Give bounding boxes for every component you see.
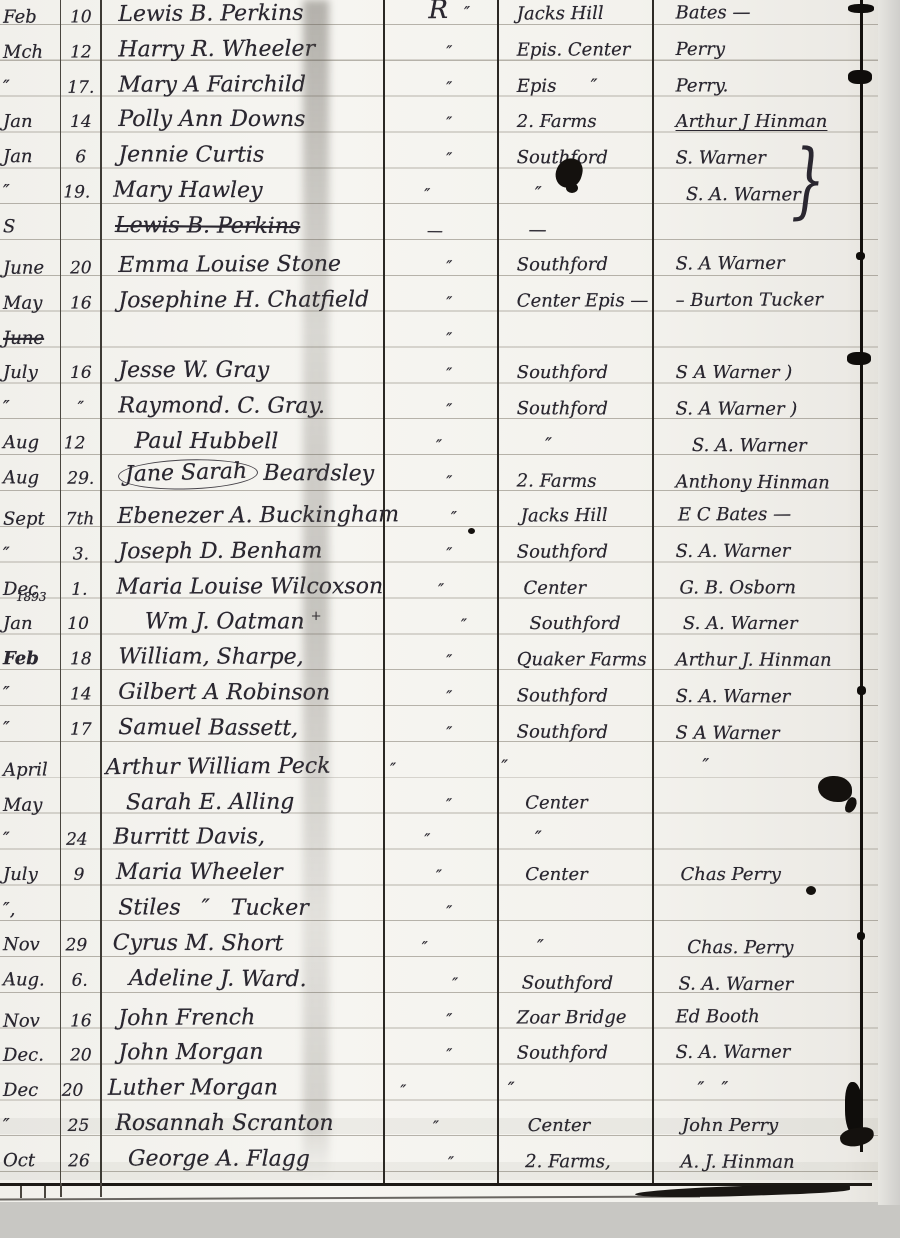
register-mark-text: ″ <box>446 687 452 706</box>
cell-place: ″ <box>490 422 684 459</box>
day-text: 20 <box>62 1081 84 1101</box>
cell-register-mark: ″ <box>394 888 505 924</box>
place-text: ″ <box>545 434 552 455</box>
cell-name: Burritt Davis, <box>95 817 374 853</box>
place-text: ″ <box>535 183 542 204</box>
officiant-text: S. Warner <box>676 148 766 169</box>
cell-register-mark: ″ <box>394 350 505 386</box>
cell-register-mark: ″ <box>385 852 493 888</box>
cell-register-mark: ″ <box>394 458 505 495</box>
cell-day: 9 <box>60 852 98 888</box>
cell-officiant: E C Bates — <box>670 491 880 528</box>
cell-name: Raymond. C. Gray. <box>100 386 394 422</box>
month-text: Nov <box>3 1010 40 1031</box>
place-text: Epis. Center <box>517 39 631 60</box>
cell-name: Maria Wheeler <box>98 852 385 888</box>
register-letter: R <box>428 0 448 25</box>
cell-day <box>54 747 88 783</box>
cell-place: Center Epis — <box>505 278 668 315</box>
name-text: Maria Louise Wilcoxson <box>116 573 383 599</box>
place-text: Center Epis — <box>517 290 649 312</box>
month-text: April <box>3 759 48 780</box>
table-row: May 16 Josephine H. Chatfield ″ Center E… <box>0 277 880 317</box>
officiant-text: Ed Booth <box>676 1005 760 1027</box>
cell-month: Mch <box>0 29 61 65</box>
cell-place: Southford <box>505 350 668 386</box>
cell-place: Southford <box>505 709 668 746</box>
officiant-text: E C Bates — <box>678 503 791 525</box>
cell-day <box>61 315 100 351</box>
day-text: ″ <box>78 398 84 418</box>
day-text: 10 <box>67 614 89 634</box>
cell-month: Nov <box>0 922 58 958</box>
cell-place: Southford <box>505 673 668 710</box>
name-text: Polly Ann Downs <box>118 107 305 132</box>
cell-register-mark: ″ <box>345 745 442 781</box>
cell-month: May <box>0 280 61 316</box>
cell-officiant: S. A Warner <box>667 240 880 277</box>
month-text: ″ <box>3 543 10 564</box>
cell-name: Stiles ″ Tucker <box>100 887 394 923</box>
officiant-text: Perry. <box>676 75 729 96</box>
staple-mark <box>857 686 866 695</box>
name-text: Lewis B. Perkins <box>115 213 300 239</box>
cell-day: 18 <box>61 636 100 672</box>
cell-month: 1893Jan <box>0 601 59 637</box>
ink-blot <box>566 183 578 193</box>
scan-shadow-band <box>0 1118 880 1134</box>
name-text: Jane SarahBeardsley <box>118 459 374 491</box>
cell-name: Paul Hubbell <box>92 421 388 458</box>
place-text: Southford <box>517 721 608 743</box>
register-mark-text: ″ <box>446 651 452 670</box>
cell-officiant: Arthur J. Hinman <box>668 638 880 674</box>
cell-name: Ebenezer A. Buckingham <box>99 494 399 532</box>
cell-place: 2. Farms <box>505 458 668 495</box>
day-text: 14 <box>70 684 92 704</box>
register-mark-text: ″ <box>424 830 430 849</box>
cell-month: S <box>0 204 60 240</box>
name-text: Sarah E. Alling <box>126 789 294 815</box>
officiant-text: Arthur J Hinman <box>676 111 828 132</box>
table-row: Dec 1. Maria Louise Wilcoxson ″ Center G… <box>0 565 880 603</box>
cell-name: Adeline J. Ward. <box>99 958 401 996</box>
cell-month: Feb <box>0 0 62 31</box>
table-row: ″ 24 Burritt Davis, ″ ″ <box>0 815 880 853</box>
day-text: 6 <box>75 147 86 167</box>
cell-register-mark: ″ <box>394 314 505 350</box>
cell-day: 6. <box>60 957 99 993</box>
scan-smudge-streak <box>303 0 329 1180</box>
month-text: Dec. <box>3 1045 44 1066</box>
cell-officiant: ″ <box>632 742 880 779</box>
cell-month: Jan <box>0 100 61 136</box>
officiant-text: S. A. Warner <box>692 435 807 456</box>
register-mark-text: ″ <box>436 436 442 455</box>
register-mark-text: ″ <box>446 364 452 383</box>
cell-register-mark: ″ <box>394 529 505 565</box>
table-row: ″ ″ Raymond. C. Gray. ″ Southford S. A W… <box>0 385 880 423</box>
cell-register-mark: ″ <box>394 100 505 136</box>
table-row: ″ 17 Samuel Bassett, ″ Southford S A War… <box>0 706 880 747</box>
place-text: Epis ″ <box>517 75 598 96</box>
cell-day: 10 <box>59 601 97 637</box>
staple-mark <box>848 70 872 84</box>
officiant-text: S. A. Warner <box>676 1042 791 1063</box>
cell-day: 12 <box>61 29 100 65</box>
cell-register-mark: R″ <box>394 0 505 28</box>
cell-place: ″ <box>441 744 632 781</box>
table-row: Sept 7th Ebenezer A. Buckingham ″ Jacks … <box>0 491 880 532</box>
cell-place: 2. Farms <box>505 100 668 136</box>
cell-month: ″ <box>0 64 61 100</box>
place-text: Southford <box>517 398 608 419</box>
officiant-text: S A Warner <box>676 722 780 744</box>
cell-name: Maria Louise Wilcoxson <box>98 566 386 602</box>
cell-month: June <box>0 315 61 351</box>
cell-officiant: S. A. Warner <box>678 172 880 209</box>
place-text: Southford <box>517 541 608 562</box>
officiant-text: G. B. Osborn <box>679 577 795 598</box>
officiant-text: S. A Warner <box>676 253 785 275</box>
cell-month: July <box>0 350 61 386</box>
register-mark-text: ″ <box>446 794 452 813</box>
cell-officiant: Ed Booth <box>667 993 880 1030</box>
name-text: Cyrus M. Short <box>113 930 284 956</box>
name-text: Joseph D. Benham <box>118 538 322 564</box>
cell-day: 24 <box>58 817 95 853</box>
cell-month: Dec <box>0 1068 55 1104</box>
cell-register-mark: ″ <box>387 565 496 601</box>
cell-month: July <box>0 852 60 888</box>
cell-month: ″ <box>0 385 61 421</box>
cell-day: 14 <box>61 100 100 136</box>
cell-name: Jesse W. Gray <box>100 350 393 386</box>
name-text: Harry R. Wheeler <box>118 36 315 62</box>
register-rows: Feb 10 Lewis B. Perkins R″ Jacks Hill Ba… <box>0 0 880 1175</box>
cell-place: Center <box>495 565 671 601</box>
month-text: May <box>3 292 42 313</box>
cell-officiant <box>678 815 880 851</box>
place-text: ″ <box>508 1079 515 1100</box>
register-mark-text: ″ <box>436 866 442 885</box>
cell-register-mark: ″ <box>394 278 505 314</box>
month-text: ″ <box>3 181 10 202</box>
table-row: Jan 14 Polly Ann Downs ″ 2. Farms Arthur… <box>0 100 880 136</box>
place-text: ″ <box>535 828 542 849</box>
cell-officiant <box>668 314 880 350</box>
cell-day: 7th <box>61 496 100 532</box>
binding-line <box>860 0 863 1152</box>
officiant-text: Perry <box>676 38 725 59</box>
cell-register-mark: ″ <box>394 135 505 171</box>
cell-name: Jane SarahBeardsley <box>100 456 394 494</box>
cell-place: Jacks Hill <box>505 0 668 27</box>
officiant-text: Anthony Hinman <box>676 471 830 493</box>
name-text: Gilbert A Robinson <box>118 680 330 706</box>
table-row: Nov 29 Cyrus M. Short ″ ″ Chas. Perry <box>0 922 880 962</box>
table-row: July 16 Jesse W. Gray ″ Southford S A Wa… <box>0 350 880 386</box>
cell-month: ″ <box>0 671 61 707</box>
year-note: 1893 <box>16 590 47 604</box>
cell-register-mark: ″ <box>394 673 505 709</box>
place-text: Quaker Farms <box>517 649 647 670</box>
cell-register-mark: ″ <box>394 64 505 100</box>
cell-name: Gilbert A Robinson <box>100 672 394 709</box>
day-text: 9 <box>74 865 85 885</box>
place-text: Center <box>524 577 587 598</box>
register-mark-text: ″ <box>446 293 452 312</box>
officiant-text: Chas Perry <box>680 864 780 885</box>
officiant-text: ″ <box>702 755 709 776</box>
cell-register-mark: — <box>381 207 488 244</box>
register-mark-text: ″ <box>446 42 452 61</box>
cell-place: Southford <box>505 529 668 566</box>
cell-day: 16 <box>61 998 100 1034</box>
place-text: Southford <box>517 685 608 706</box>
cell-place: Southford <box>505 1031 668 1068</box>
day-text: 19. <box>63 182 90 202</box>
officiant-text: S. A. Warner <box>676 686 791 707</box>
day-text: 16 <box>70 1011 92 1031</box>
scanned-register-page: Feb 10 Lewis B. Perkins R″ Jacks Hill Ba… <box>0 0 900 1238</box>
table-row: Jan 6 Jennie Curtis ″ Southford S. Warne… <box>0 134 880 172</box>
cell-register-mark: ″ <box>375 816 480 852</box>
cell-day: 19. <box>58 170 95 206</box>
officiant-text: Bates — <box>676 2 751 23</box>
day-text: 10 <box>70 7 92 27</box>
cell-name: Josephine H. Chatfield <box>100 279 394 316</box>
day-text: 29 <box>66 935 88 955</box>
cell-name: John Morgan <box>100 1032 394 1069</box>
cell-register-mark: ″ <box>410 601 517 637</box>
register-mark-text: ″ <box>446 78 452 97</box>
table-row: Dec. 20 John Morgan ″ Southford S. A. Wa… <box>0 1030 880 1070</box>
cell-name: Lewis B. Perkins <box>97 205 381 243</box>
cell-month: Aug <box>0 420 57 456</box>
cell-day: 29. <box>61 456 100 492</box>
day-text: 7th <box>66 509 95 529</box>
staple-mark <box>857 932 865 940</box>
cell-officiant: S. A. Warner <box>668 1030 881 1067</box>
circled-name-part: Jane Sarah <box>118 457 259 491</box>
name-text: Mary A Fairchild <box>118 72 306 97</box>
place-text: ″ <box>501 756 508 777</box>
table-row: May Sarah E. Alling ″ Center <box>0 779 880 819</box>
cell-register-mark: ″ <box>354 1067 453 1103</box>
name-text: Paul Hubbell <box>135 429 279 455</box>
cell-place: ″ <box>477 924 679 961</box>
table-row: 1893Jan 10 Wm J. Oatman+ ″ Southford S. … <box>0 601 880 637</box>
table-row: Aug 29. Jane SarahBeardsley ″ 2. Farms A… <box>0 455 880 496</box>
cell-place: Southford <box>505 241 668 278</box>
name-text: Stiles ″ Tucker <box>118 895 309 920</box>
day-text: 12 <box>70 42 92 62</box>
name-text: Lewis B. Perkins <box>118 1 303 27</box>
place-text: Jacks Hill <box>517 3 604 25</box>
month-text: July <box>3 362 38 383</box>
name-text: Maria Wheeler <box>116 860 283 885</box>
name-text: Jennie Curtis <box>118 143 264 168</box>
cell-day: 1. <box>60 566 98 602</box>
table-row: July 9 Maria Wheeler ″ Center Chas Perry <box>0 852 880 888</box>
cell-register-mark: ″ <box>394 242 505 279</box>
cell-register-mark: ″ <box>394 637 505 673</box>
name-text: Samuel Bassett, <box>118 715 298 741</box>
cell-name: William, Sharpe, <box>100 636 394 672</box>
cell-place: Southford <box>517 601 674 637</box>
cell-month: Jan <box>0 134 61 170</box>
day-text: 20 <box>70 258 92 278</box>
table-row: Mch 12 Harry R. Wheeler ″ Epis. Center P… <box>0 26 880 66</box>
cell-place: Epis ″ <box>505 63 668 99</box>
month-text: ″ <box>3 683 10 704</box>
cell-month: ″ <box>0 531 61 567</box>
register-mark-text: ″ <box>446 328 452 347</box>
month-text: ″ <box>3 76 10 97</box>
cell-day: 3. <box>61 531 100 567</box>
paper-sheet: Feb 10 Lewis B. Perkins R″ Jacks Hill Ba… <box>0 0 880 1202</box>
day-text: 16 <box>70 293 92 313</box>
cell-day: 29 <box>58 922 95 958</box>
cell-day: 16 <box>61 280 100 316</box>
day-text: 17. <box>67 77 94 97</box>
cell-place: Jacks Hill <box>509 492 670 529</box>
cell-day <box>59 205 97 241</box>
cell-register-mark: ″ <box>394 386 505 422</box>
table-row: Nov 16 John French ″ Zoar Bridge Ed Boot… <box>0 993 880 1034</box>
cell-officiant: S. A Warner ) <box>668 387 880 423</box>
month-text: S <box>3 216 15 237</box>
cell-month: Feb <box>0 636 61 672</box>
cell-place: Southford <box>505 136 668 172</box>
cell-name: Joseph D. Benham <box>100 530 394 567</box>
cell-officiant: – Burton Tucker <box>668 277 881 314</box>
cell-officiant: Bates — <box>667 0 880 26</box>
table-row: Aug 12 Paul Hubbell ″ ″ S. A. Warner <box>0 420 880 460</box>
name-text: Wm J. Oatman+ <box>145 609 322 634</box>
cell-register-mark: ″ <box>394 995 505 1032</box>
cell-name <box>100 315 394 351</box>
cell-month: April <box>0 747 54 783</box>
cell-register-mark: ″ <box>388 422 490 458</box>
cell-day: 20 <box>61 1033 100 1069</box>
register-mark-text: ″ <box>446 1045 452 1064</box>
place-text: 2. Farms <box>517 111 597 132</box>
cell-officiant: S. A. Warner <box>684 423 880 460</box>
cell-place: Center <box>493 852 672 888</box>
register-mark-text: ″ <box>451 508 457 527</box>
register-mark-text: ″ <box>438 579 444 598</box>
table-row: ″ 3. Joseph D. Benham ″ Southford S. A. … <box>0 528 880 568</box>
cell-name: Polly Ann Downs <box>100 100 393 136</box>
cell-day <box>60 782 98 818</box>
table-row: Feb 18 William, Sharpe, ″ Quaker Farms A… <box>0 636 880 674</box>
cell-name: Jennie Curtis <box>100 135 394 171</box>
month-text: Aug <box>3 432 39 453</box>
month-text: June <box>3 327 44 348</box>
officiant-text: S. A. Warner <box>678 973 793 995</box>
name-text: Jesse W. Gray <box>118 358 269 383</box>
register-mark-text: ″ <box>446 257 452 276</box>
place-text: Center <box>525 864 588 885</box>
month-text: Aug. <box>3 969 45 990</box>
cell-month: June <box>0 245 62 281</box>
month-text: ″ <box>3 397 10 418</box>
month-text: Feb <box>3 6 37 27</box>
name-text: Raymond. C. Gray. <box>118 393 325 418</box>
month-text: Dec <box>3 1080 38 1101</box>
cell-officiant: G. B. Osborn <box>671 565 880 601</box>
name-text: Arthur William Peck <box>106 753 331 779</box>
cell-officiant: S. Warner <box>668 136 880 172</box>
ink-dot <box>468 528 475 534</box>
cell-day: 12 <box>57 421 93 457</box>
day-text: 6. <box>72 970 88 990</box>
cell-officiant: Chas. Perry <box>679 925 880 962</box>
underpage-tick <box>20 1186 22 1198</box>
page-right-edge <box>878 0 900 1205</box>
cell-day: 6 <box>61 135 100 171</box>
register-mark-text: ″ <box>461 615 467 634</box>
cell-month: ″, <box>0 887 61 923</box>
cell-officiant: Chas Perry <box>672 852 880 888</box>
officiant-text: S. A. Warner <box>683 613 798 634</box>
table-row: S Lewis B. Perkins — — <box>0 204 880 245</box>
month-text: Jan <box>3 613 33 634</box>
table-row: ″ 14 Gilbert A Robinson ″ Southford S. A… <box>0 671 880 711</box>
register-mark-text: R″ <box>428 0 470 25</box>
brace-mark: } <box>791 140 825 222</box>
cell-day: 16 <box>61 350 100 386</box>
month-text: July <box>3 864 38 885</box>
cell-month: Aug. <box>0 957 61 993</box>
place-text: Jacks Hill <box>521 505 608 527</box>
cell-register-mark: ″ <box>395 780 503 816</box>
day-text: 1. <box>71 579 87 599</box>
officiant-text: – Burton Tucker <box>676 289 823 311</box>
cell-day: 17 <box>61 706 100 742</box>
month-text: Feb <box>3 648 39 669</box>
cell-name: Lewis B. Perkins <box>100 0 394 30</box>
cell-month: Sept <box>0 496 61 532</box>
ink-dot <box>806 886 816 895</box>
cell-place: — <box>488 207 674 244</box>
cell-place <box>505 888 668 924</box>
cell-place: Epis. Center <box>505 27 668 64</box>
cell-day: 20 <box>61 245 100 281</box>
cell-place: Center <box>503 780 672 817</box>
day-text: 3. <box>73 544 89 564</box>
month-text: Mch <box>3 41 43 62</box>
name-text: Luther Morgan <box>108 1075 278 1100</box>
cell-register-mark: ″ <box>399 493 509 530</box>
table-row: Dec 20 Luther Morgan ″ ″ ″ ″ <box>0 1066 880 1104</box>
table-row: ″, Stiles ″ Tucker ″ <box>0 887 880 925</box>
cell-day: 20 <box>55 1068 90 1104</box>
cell-day: 17. <box>61 64 100 100</box>
cell-month: Nov <box>0 998 62 1034</box>
name-text: Adeline J. Ward. <box>129 966 307 992</box>
register-mark-text: ″ <box>400 1081 406 1100</box>
register-mark-text: ″ <box>424 185 430 204</box>
register-mark-text: ″ <box>452 974 458 993</box>
cell-register-mark: ″ <box>394 28 505 64</box>
cell-register-mark: ″ <box>375 171 480 207</box>
underpage-tick <box>60 1183 62 1197</box>
officiant-text: ″ ″ <box>698 1079 729 1100</box>
cell-name: Sarah E. Alling <box>98 781 395 818</box>
